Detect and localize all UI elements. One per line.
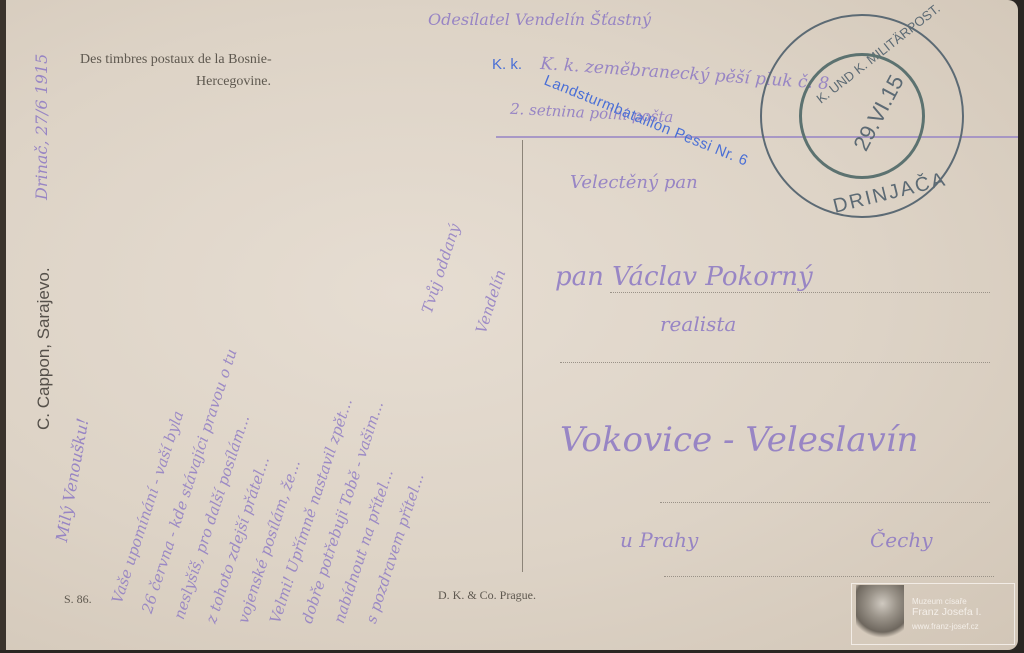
- watermark-line-2: Franz Josefa I.: [912, 606, 981, 618]
- message-closing: Tvůj oddaný: [418, 222, 464, 316]
- message-address-divider: [522, 140, 523, 572]
- field-post-postmark: K. UND K. MILITÄRPOST. 29.VI.15 DRINJAČA: [760, 14, 964, 218]
- handwritten-greeting: Milý Venoušku!: [52, 417, 92, 544]
- watermark-url: www.franz-josef.cz: [912, 622, 981, 631]
- caption-line-1: Des timbres postaux de la Bosnie-: [80, 52, 272, 68]
- watermark-line-1: Muzeum císaře: [912, 597, 981, 606]
- emperor-portrait-icon: [856, 585, 904, 643]
- address-title: realista: [660, 312, 736, 336]
- handwritten-message: Vaše upomínání - vaší byla 26 června - k…: [100, 80, 520, 620]
- publisher-imprint: C. Cappon, Sarajevo.: [34, 267, 54, 430]
- postmark-inner-ring: 29.VI.15: [799, 53, 925, 179]
- address-line-2: [560, 362, 990, 363]
- address-country: Čechy: [870, 528, 933, 552]
- unit-cachet-prefix: K. k.: [492, 56, 522, 73]
- address-line-1: [610, 292, 990, 293]
- address-region: u Prahy: [620, 528, 698, 552]
- series-number: S. 86.: [64, 592, 92, 607]
- card-edge: [0, 0, 6, 650]
- address-town: Vokovice - Veleslavín: [560, 420, 918, 460]
- address-name: pan Václav Pokorný: [555, 262, 813, 292]
- message-signature: Vendelín: [472, 267, 509, 335]
- address-salutation: Velectěný pan: [570, 172, 698, 193]
- postcard-back: Des timbres postaux de la Bosnie- Herceg…: [0, 0, 1018, 650]
- museum-watermark: Muzeum císaře Franz Josefa I. www.franz-…: [851, 583, 1015, 645]
- postmark-date: 29.VI.15: [848, 71, 909, 156]
- address-line-4: [664, 576, 994, 577]
- sender-name: Odesílatel Vendelín Šťastný: [428, 10, 651, 29]
- address-line-3: [660, 502, 990, 503]
- handwritten-date: Drinač, 27/6 1915: [32, 54, 51, 200]
